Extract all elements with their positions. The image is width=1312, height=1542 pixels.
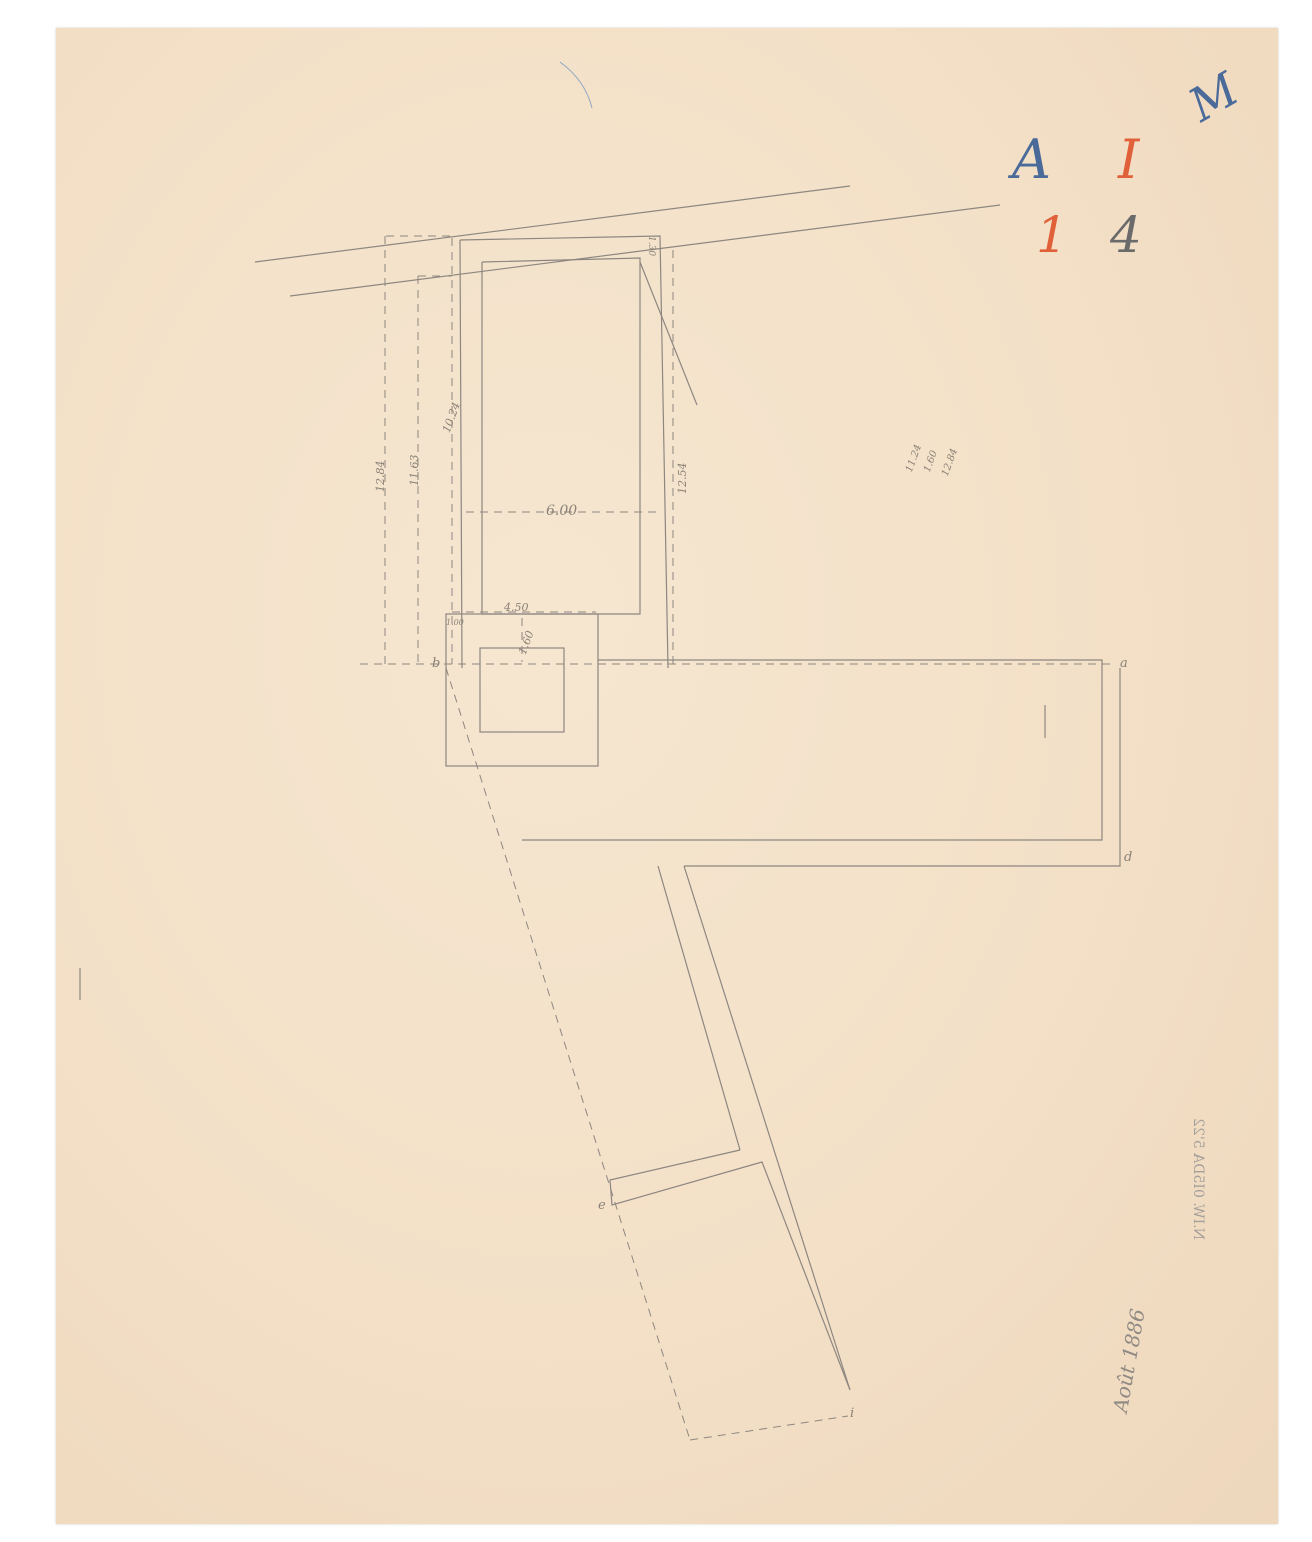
point-label-i: i — [850, 1406, 854, 1421]
archive-stamp: N.IW. 0I5DA 5'22 — [1190, 1118, 1206, 1240]
dim-left-1: 12.84 — [374, 461, 387, 493]
corner-digit-4: 4 — [1110, 206, 1142, 264]
point-label-a: a — [1120, 656, 1128, 671]
corner-letter-A: A — [1012, 128, 1051, 191]
point-label-b: b — [432, 656, 440, 671]
dim-top-right-small: 1.30 — [646, 236, 656, 256]
point-label-d: d — [1124, 850, 1132, 865]
corner-roman-I: I — [1118, 128, 1139, 191]
dim-left-2: 11.63 — [408, 455, 421, 487]
dim-lower-width: 4.50 — [504, 601, 529, 614]
dim-right: 12.54 — [676, 463, 689, 495]
point-label-e: e — [598, 1198, 606, 1213]
corner-digit-1: 1 — [1036, 206, 1068, 264]
dim-width-top-room: 6.00 — [546, 503, 577, 519]
dim-small-corner: 1.00 — [446, 618, 464, 627]
